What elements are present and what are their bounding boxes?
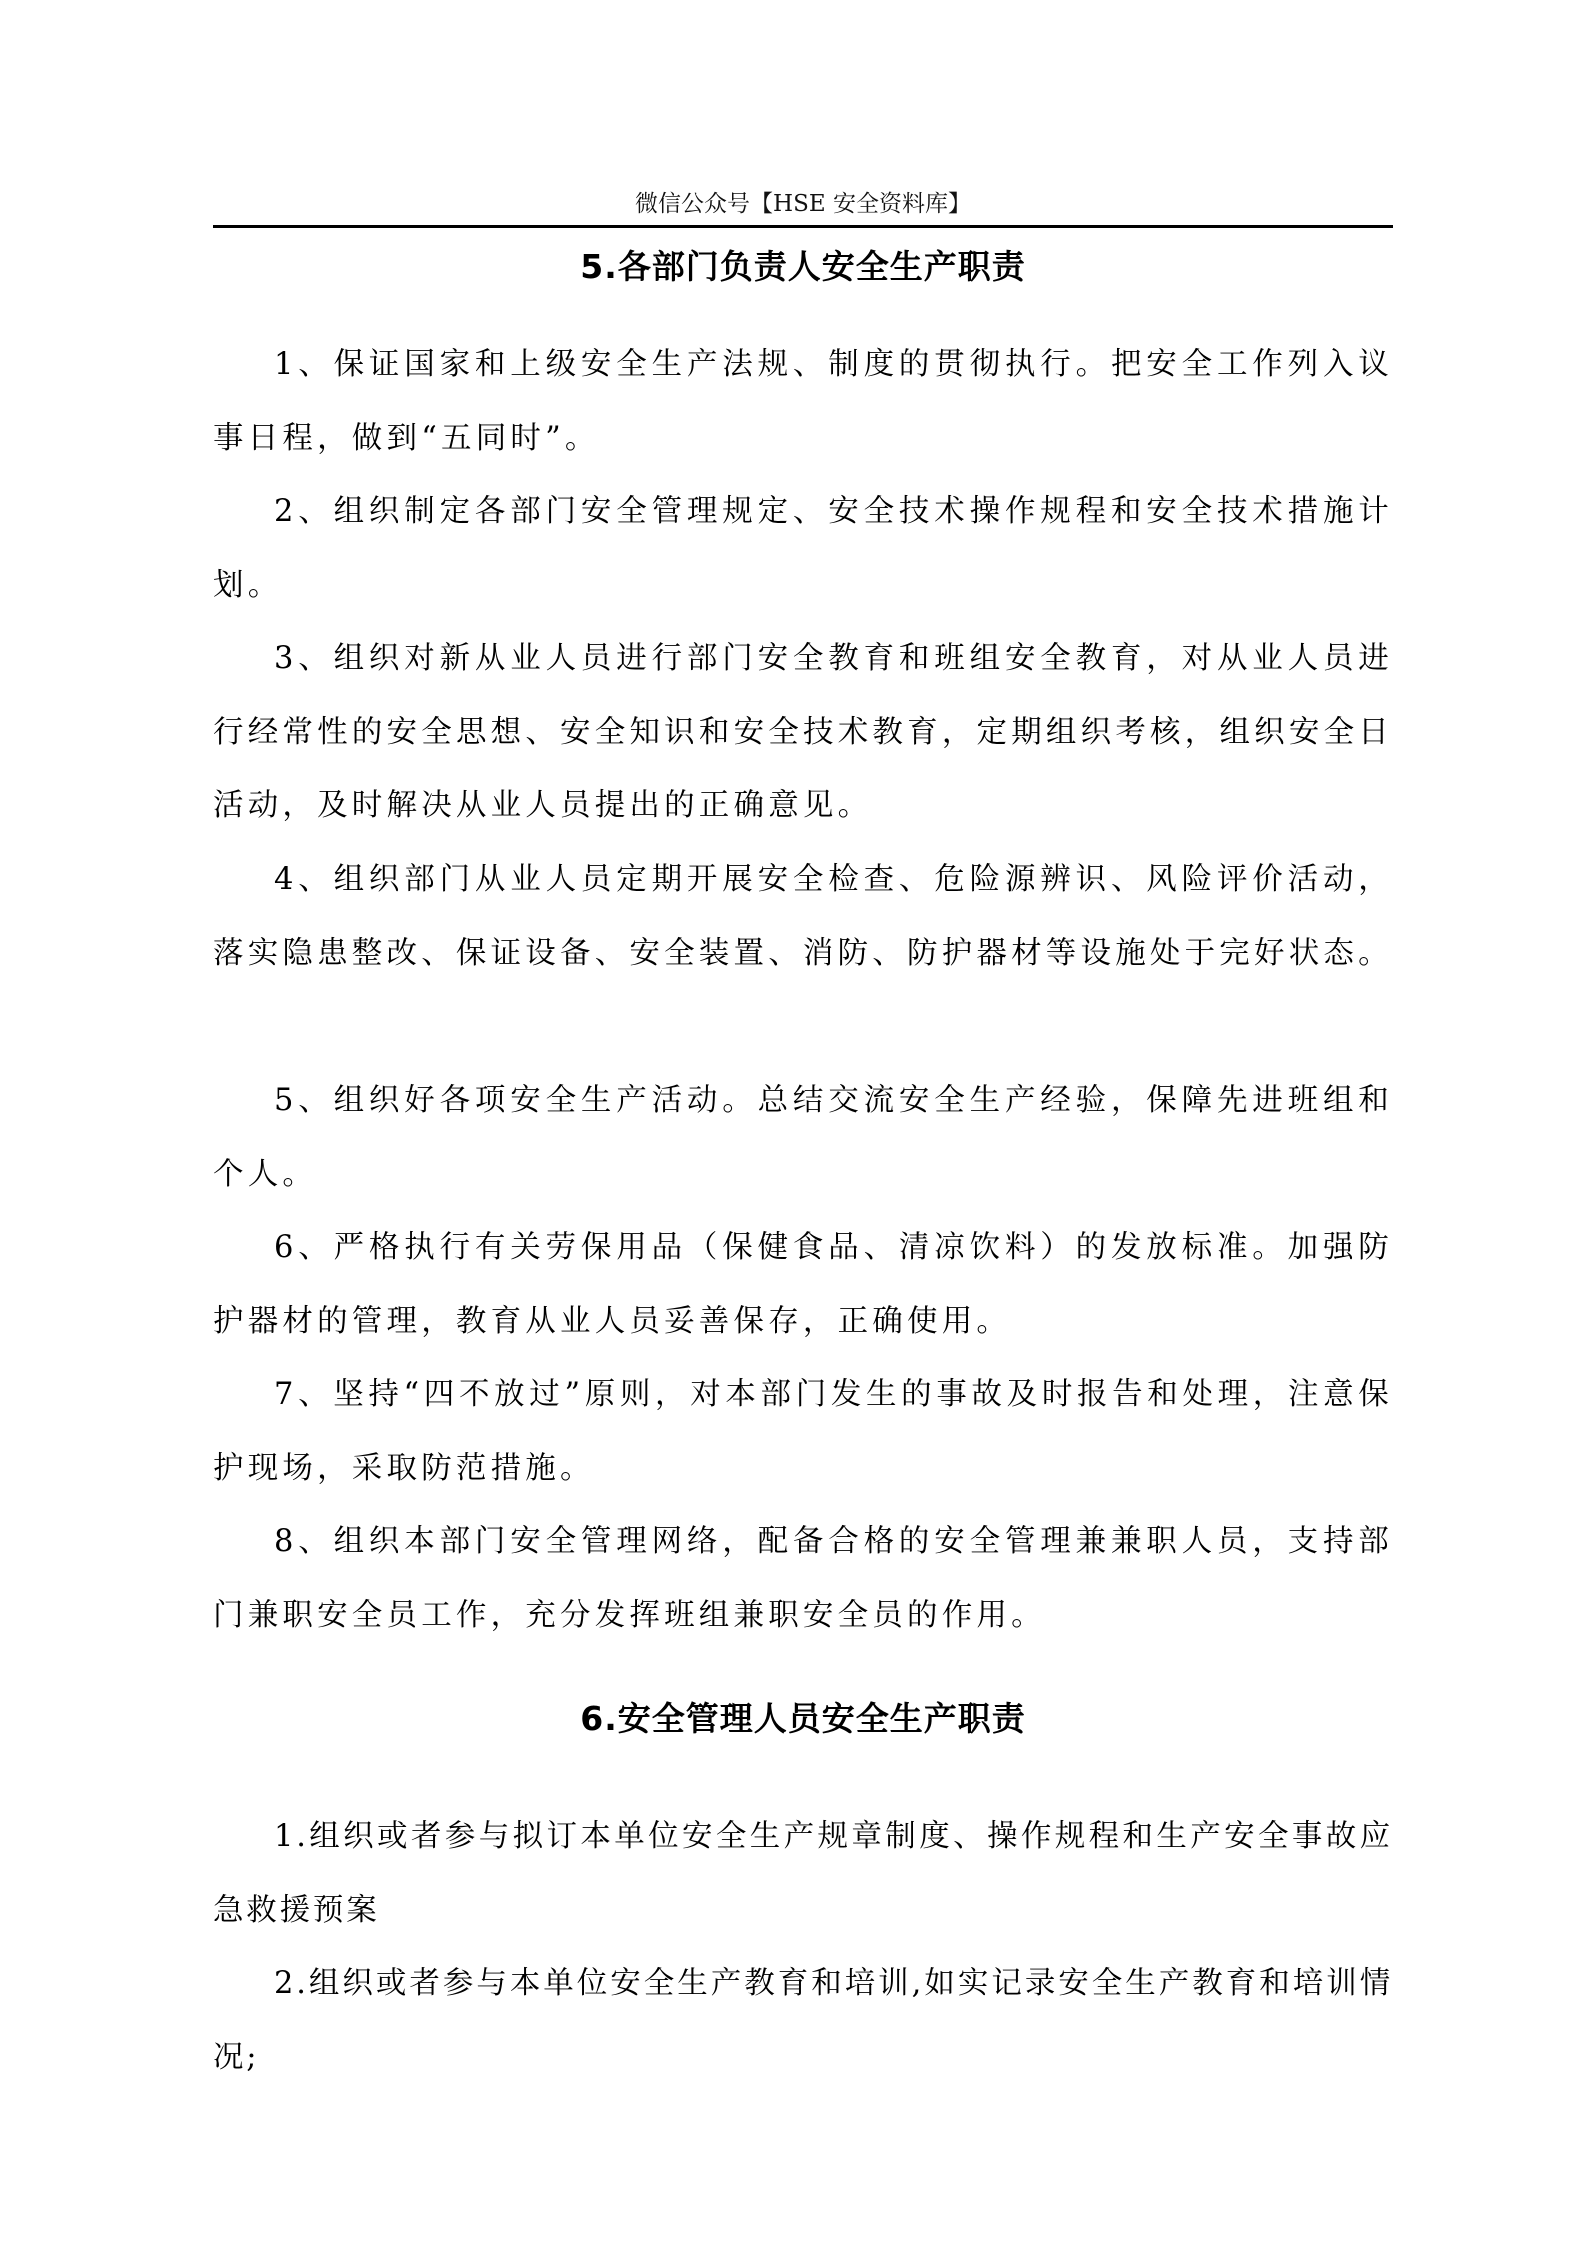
duty-item-5-6: 6、严格执行有关劳保用品（保健食品、清凉饮料）的发放标准。加强防护器材的管理，教… [213, 1211, 1393, 1358]
header-divider [213, 225, 1393, 228]
duty-item-6-1: 1.组织或者参与拟订本单位安全生产规章制度、操作规程和生产安全事故应急救援预案 [213, 1800, 1393, 1947]
duty-item-5-5: 5、组织好各项安全生产活动。总结交流安全生产经验，保障先进班组和个人。 [213, 1064, 1393, 1211]
section-title-5: 5.各部门负责人安全生产职责 [213, 245, 1393, 289]
duty-item-5-2: 2、组织制定各部门安全管理规定、安全技术操作规程和安全技术措施计划。 [213, 475, 1393, 622]
running-header: 微信公众号【HSE 安全资料库】 [213, 188, 1393, 220]
duty-item-5-7: 7、坚持“四不放过”原则，对本部门发生的事故及时报告和处理，注意保护现场，采取防… [213, 1358, 1393, 1505]
duty-item-5-3: 3、组织对新从业人员进行部门安全教育和班组安全教育，对从业人员进行经常性的安全思… [213, 622, 1393, 843]
duty-item-5-4: 4、组织部门从业人员定期开展安全检查、危险源辨识、风险评价活动，落实隐患整改、保… [213, 843, 1393, 990]
duty-item-5-1: 1、保证国家和上级安全生产法规、制度的贯彻执行。把安全工作列入议事日程，做到“五… [213, 328, 1393, 475]
duty-item-5-8: 8、组织本部门安全管理网络，配备合格的安全管理兼兼职人员，支持部门兼职安全员工作… [213, 1505, 1393, 1652]
duty-item-6-2: 2.组织或者参与本单位安全生产教育和培训,如实记录安全生产教育和培训情况; [213, 1947, 1393, 2094]
section-title-6: 6.安全管理人员安全生产职责 [213, 1697, 1393, 1741]
